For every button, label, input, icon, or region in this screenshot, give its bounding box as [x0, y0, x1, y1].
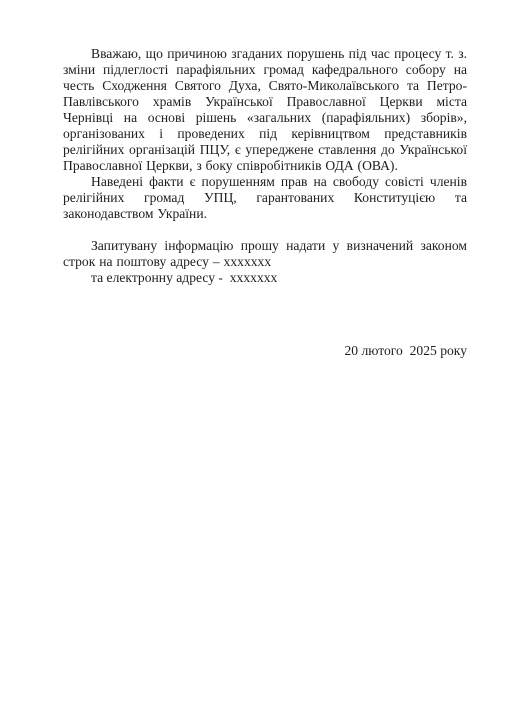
paragraph-violations-cause: Вважаю, що причиною згаданих порушень пі…: [63, 46, 467, 174]
date-line: 20 лютого 2025 року: [63, 343, 467, 359]
paragraph-information-request: Запитувану інформацію прошу надати у виз…: [63, 238, 467, 270]
paragraph-email-address: та електронну адресу - ххххххх: [63, 270, 467, 286]
paragraph-rights-violation: Наведені факти є порушенням прав на своб…: [63, 174, 467, 222]
document-page: Вважаю, що причиною згаданих порушень пі…: [0, 0, 509, 720]
